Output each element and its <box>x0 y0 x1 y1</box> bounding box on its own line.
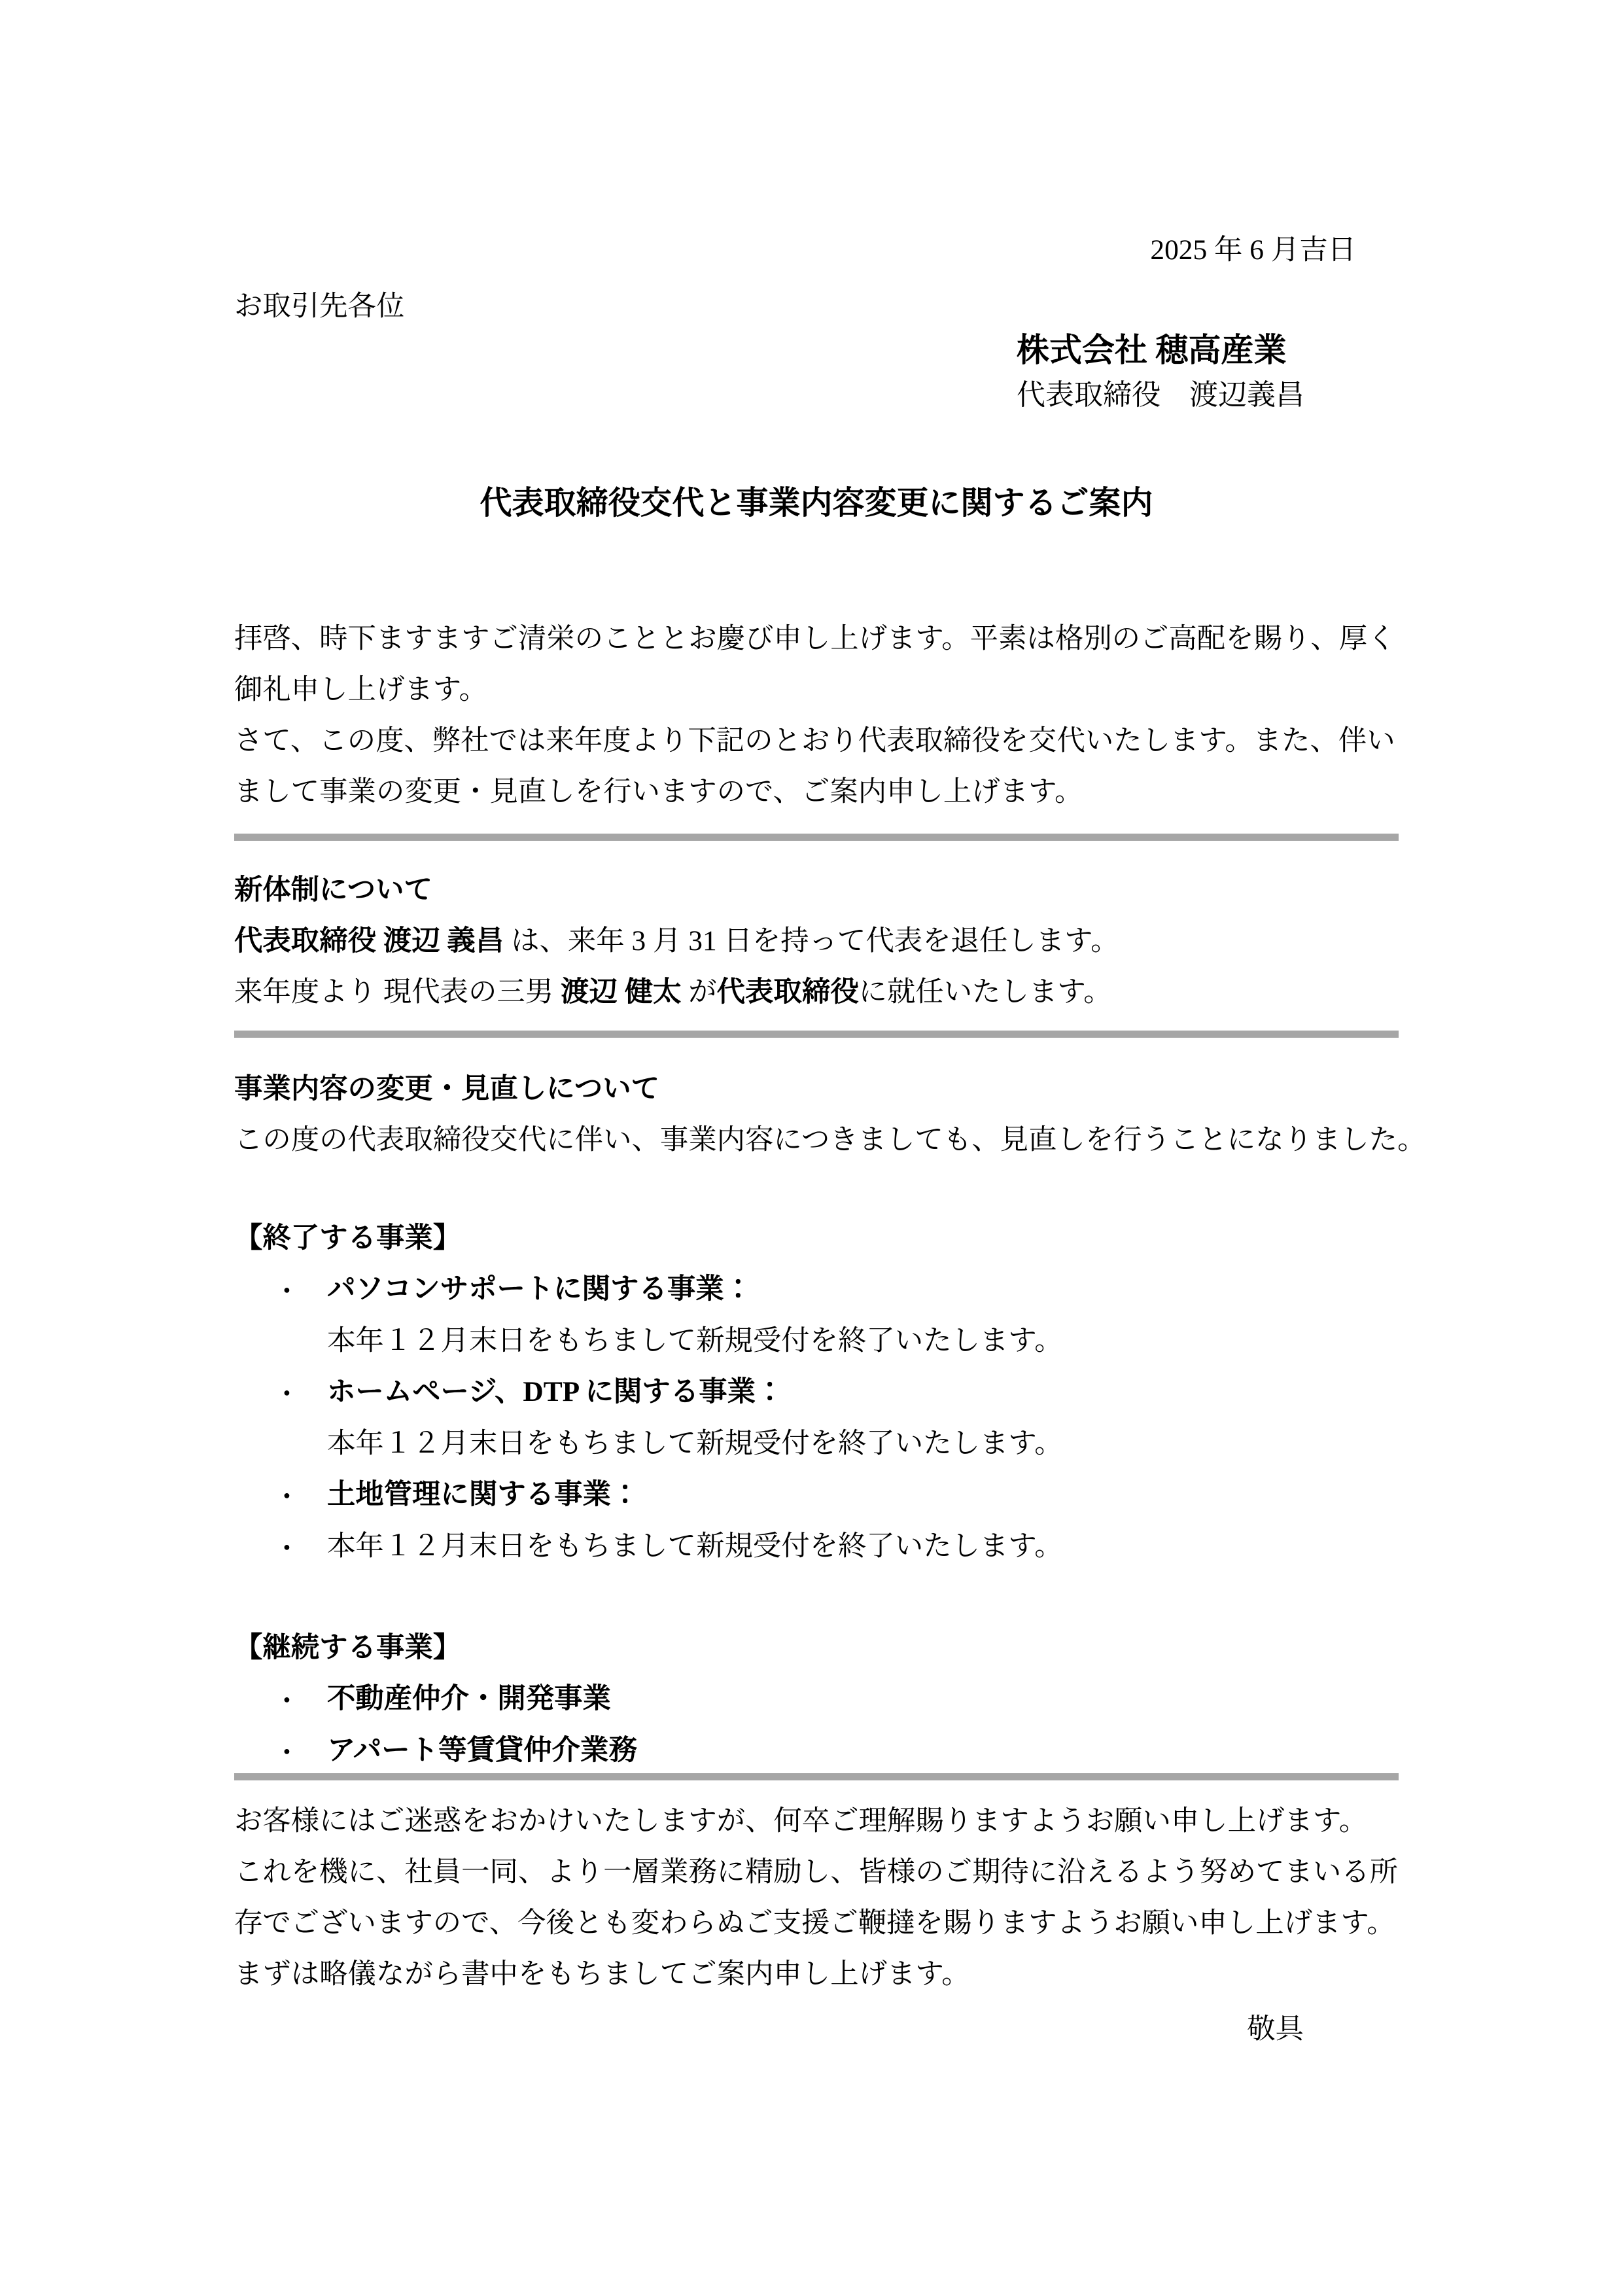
greeting-line-4: まして事業の変更・見直しを行いますので、ご案内申し上げます。 <box>234 766 1399 817</box>
closing-line-2: これを機に、社員一同、より一層業務に精励し、皆様のご期待に沿えるよう努めてまいる… <box>234 1846 1399 1898</box>
appointment-post-text: に就任いたします。 <box>859 976 1112 1008</box>
ending-business-item-2-title: ホームページ、DTP に関する事業： <box>327 1376 784 1407</box>
continuing-business-heading: 【継続する事業】 <box>234 1622 1399 1673</box>
retiring-director-name: 代表取締役 渡辺 義昌 <box>234 925 511 957</box>
ending-business-final-note: ●本年１２月末日をもちまして新規受付を終了いたします。 <box>234 1521 1399 1572</box>
bullet-icon: ● <box>283 1674 327 1725</box>
bullet-icon: ● <box>283 1470 327 1521</box>
greeting-line-2: 御礼申し上げます。 <box>234 664 1399 715</box>
sender-representative-name: 代表取締役 渡辺義昌 <box>1017 370 1399 421</box>
continuing-business-item-2-title: アパート等賃貸仲介業務 <box>327 1735 637 1766</box>
appointment-mid-text: が <box>681 976 716 1008</box>
bullet-icon: ● <box>283 1521 327 1572</box>
ending-business-item-2-note: 本年１２月末日をもちまして新規受付を終了いたします。 <box>234 1418 1399 1469</box>
section-divider-2 <box>234 1031 1399 1038</box>
section-heading-business-change: 事業内容の変更・見直しについて <box>234 1063 1399 1114</box>
sender-company-name: 株式会社 穂高産業 <box>1017 325 1399 376</box>
ending-business-item-2: ●ホームページ、DTP に関する事業： <box>234 1366 1399 1418</box>
continuing-business-item-1-title: 不動産仲介・開発事業 <box>327 1683 611 1714</box>
ending-business-item-1-note: 本年１２月末日をもちまして新規受付を終了いたします。 <box>234 1315 1399 1366</box>
new-director-name: 渡辺 健太 <box>561 976 681 1008</box>
document-content: 2025 年 6 月吉日 お取引先各位 株式会社 穂高産業 代表取締役 渡辺義昌… <box>234 224 1399 2055</box>
retirement-line: 代表取締役 渡辺 義昌 は、来年 3 月 31 日を持って代表を退任します。 <box>234 915 1399 966</box>
ending-business-item-3-title: 土地管理に関する事業： <box>327 1479 639 1510</box>
bullet-icon: ● <box>283 1367 327 1418</box>
section-heading-new-structure: 新体制について <box>234 864 1399 915</box>
greeting-line-3: さて、この度、弊社では来年度より下記のとおり代表取締役を交代いたします。また、伴… <box>234 715 1399 766</box>
closing-line-3: 存でございますので、今後とも変わらぬご支援ご鞭撻を賜りますようお願い申し上げます… <box>234 1898 1399 1949</box>
appointment-line: 来年度より 現代表の三男 渡辺 健太 が代表取締役に就任いたします。 <box>234 966 1399 1017</box>
document-title: 代表取締役交代と事業内容変更に関するご案内 <box>234 474 1399 533</box>
closing-line-4: まずは略儀ながら書中をもちましてご案内申し上げます。 <box>234 1949 1399 2000</box>
continuing-business-item-2: ●アパート等賃貸仲介業務 <box>234 1725 1399 1776</box>
bullet-icon: ● <box>283 1264 327 1315</box>
date-line: 2025 年 6 月吉日 <box>234 224 1399 275</box>
new-director-role: 代表取締役 <box>717 976 859 1008</box>
ending-business-item-1-title: パソコンサポートに関する事業： <box>327 1273 752 1305</box>
section-divider-1 <box>234 834 1399 841</box>
ending-business-item-3: ●土地管理に関する事業： <box>234 1469 1399 1521</box>
closing-line-1: お客様にはご迷惑をおかけいたしますが、何卒ご理解賜りますようお願い申し上げます。 <box>234 1795 1399 1846</box>
retirement-text: は、来年 3 月 31 日を持って代表を退任します。 <box>511 925 1119 957</box>
ending-business-item-1: ●パソコンサポートに関する事業： <box>234 1263 1399 1315</box>
document-page: 2025 年 6 月吉日 お取引先各位 株式会社 穂高産業 代表取締役 渡辺義昌… <box>0 0 1623 2296</box>
ending-business-final-note-text: 本年１２月末日をもちまして新規受付を終了いたします。 <box>327 1530 1063 1562</box>
business-change-line: この度の代表取締役交代に伴い、事業内容につきましても、見直しを行うことになりまし… <box>234 1114 1399 1165</box>
signoff: 敬具 <box>234 2004 1399 2055</box>
bullet-icon: ● <box>283 1725 327 1776</box>
greeting-line-1: 拝啓、時下ますますご清栄のこととお慶び申し上げます。平素は格別のご高配を賜り、厚… <box>234 613 1399 664</box>
appointment-pre-text: 来年度より 現代表の三男 <box>234 976 561 1008</box>
ending-business-heading: 【終了する事業】 <box>234 1212 1399 1263</box>
continuing-business-item-1: ●不動産仲介・開発事業 <box>234 1673 1399 1725</box>
